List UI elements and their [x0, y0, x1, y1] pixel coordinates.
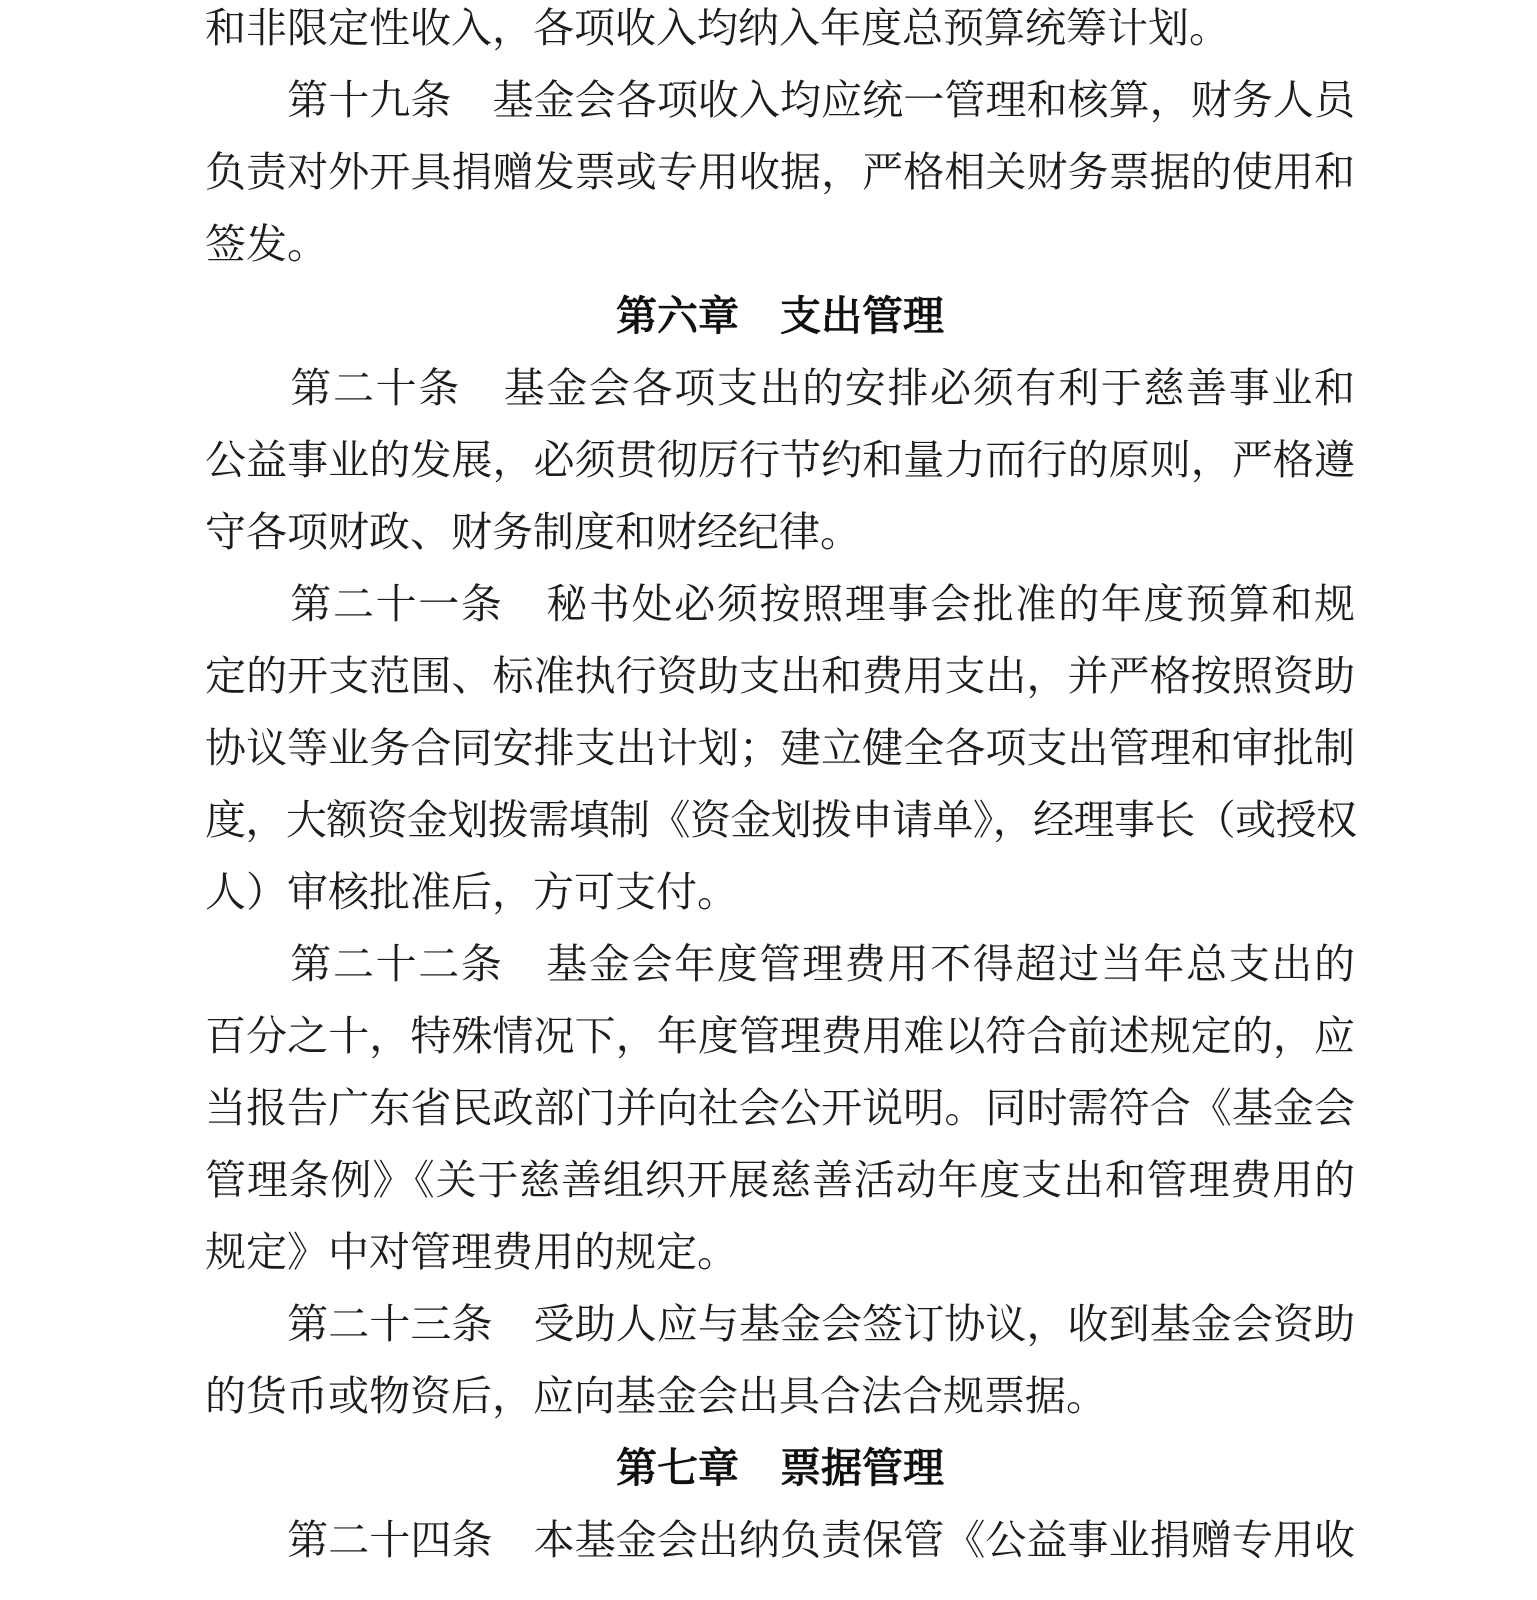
- body-text-line: 第十九条 基金会各项收入均应统一管理和核算，财务人员: [205, 64, 1355, 136]
- body-text-line: 公益事业的发展，必须贯彻厉行节约和量力而行的原则，严格遵: [205, 424, 1355, 496]
- body-text-line: 第二十四条 本基金会出纳负责保管《公益事业捐赠专用收: [205, 1504, 1355, 1576]
- body-text-line: 签发。: [205, 208, 1355, 280]
- body-text-line: 第二十条 基金会各项支出的安排必须有利于慈善事业和: [205, 352, 1355, 424]
- body-text-line: 管理条例》《关于慈善组织开展慈善活动年度支出和管理费用的: [205, 1144, 1355, 1216]
- body-text-line: 守各项财政、财务制度和财经纪律。: [205, 496, 1355, 568]
- document-text-block: 和非限定性收入，各项收入均纳入年度总预算统筹计划。 第十九条 基金会各项收入均应…: [205, 0, 1355, 1576]
- body-text-line: 定的开支范围、标准执行资助支出和费用支出，并严格按照资助: [205, 640, 1355, 712]
- body-text-line: 第二十二条 基金会年度管理费用不得超过当年总支出的: [205, 928, 1355, 1000]
- body-text-line: 协议等业务合同安排支出计划；建立健全各项支出管理和审批制: [205, 712, 1355, 784]
- body-text-line: 的货币或物资后，应向基金会出具合法合规票据。: [205, 1360, 1355, 1432]
- body-text-line: 百分之十，特殊情况下，年度管理费用难以符合前述规定的，应: [205, 1000, 1355, 1072]
- chapter-heading: 第七章 票据管理: [205, 1432, 1355, 1504]
- body-text-line: 第二十三条 受助人应与基金会签订协议，收到基金会资助: [205, 1288, 1355, 1360]
- body-text-line: 规定》中对管理费用的规定。: [205, 1216, 1355, 1288]
- document-page: 和非限定性收入，各项收入均纳入年度总预算统筹计划。 第十九条 基金会各项收入均应…: [0, 0, 1537, 1600]
- body-text-line: 和非限定性收入，各项收入均纳入年度总预算统筹计划。: [205, 0, 1355, 64]
- body-text-line: 人）审核批准后，方可支付。: [205, 856, 1355, 928]
- body-text-line: 第二十一条 秘书处必须按照理事会批准的年度预算和规: [205, 568, 1355, 640]
- body-text-line: 当报告广东省民政部门并向社会公开说明。同时需符合《基金会: [205, 1072, 1355, 1144]
- body-text-line: 度，大额资金划拨需填制《资金划拨申请单》，经理事长（或授权: [205, 784, 1355, 856]
- chapter-heading: 第六章 支出管理: [205, 280, 1355, 352]
- body-text-line: 负责对外开具捐赠发票或专用收据，严格相关财务票据的使用和: [205, 136, 1355, 208]
